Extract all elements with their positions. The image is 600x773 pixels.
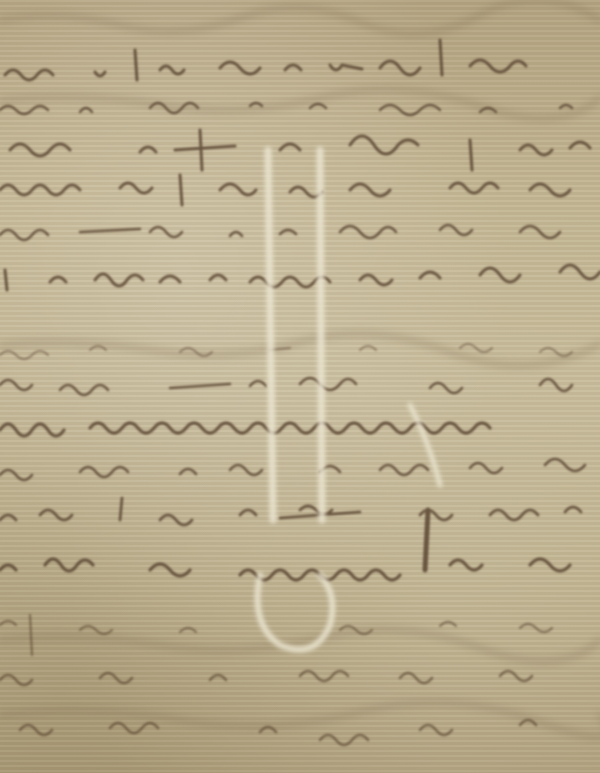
handwriting-layer <box>0 0 600 773</box>
manuscript-photo: Handwritten cursive script in brown ink … <box>0 0 600 773</box>
